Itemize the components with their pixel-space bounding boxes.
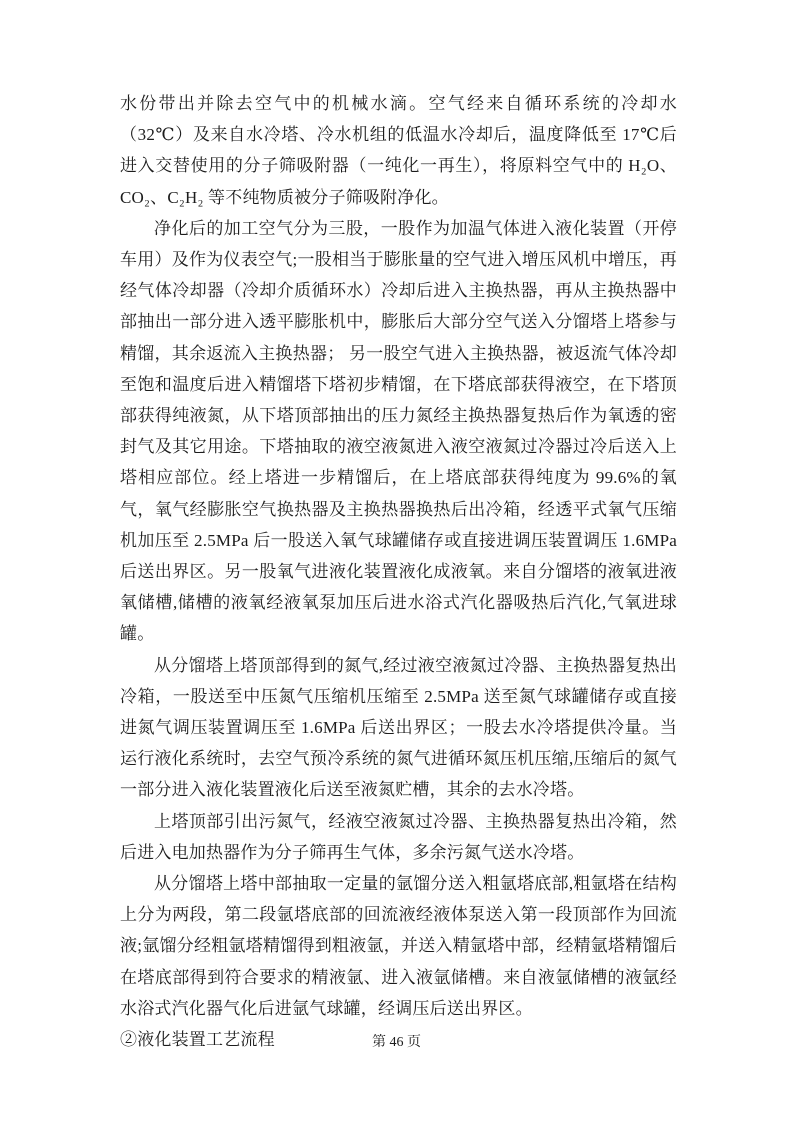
paragraph-4: 上塔顶部引出污氮气，经液空液氮过冷器、主换热器复热出冷箱，然后进入电加热器作为分… (120, 806, 677, 868)
paragraph-3: 从分馏塔上塔顶部得到的氮气,经过液空液氮过冷器、主换热器复热出冷箱，一股送至中压… (120, 650, 677, 806)
paragraph-5: 从分馏塔上塔中部抽取一定量的氩馏分送入粗氩塔底部,粗氩塔在结构上分为两段，第二段… (120, 868, 677, 1024)
page-footer: 第 46 页 (0, 1031, 793, 1051)
document-body: 水份带出并除去空气中的机械水滴。空气经来自循环系统的冷却水（32℃）及来自水冷塔… (120, 88, 677, 1055)
paragraph-2: 净化后的加工空气分为三股，一股作为加温气体进入液化装置（开停车用）及作为仪表空气… (120, 213, 677, 650)
paragraph-1: 水份带出并除去空气中的机械水滴。空气经来自循环系统的冷却水（32℃）及来自水冷塔… (120, 88, 677, 213)
page-number: 第 46 页 (372, 1035, 421, 1050)
document-page: 水份带出并除去空气中的机械水滴。空气经来自循环系统的冷却水（32℃）及来自水冷塔… (0, 0, 793, 1122)
